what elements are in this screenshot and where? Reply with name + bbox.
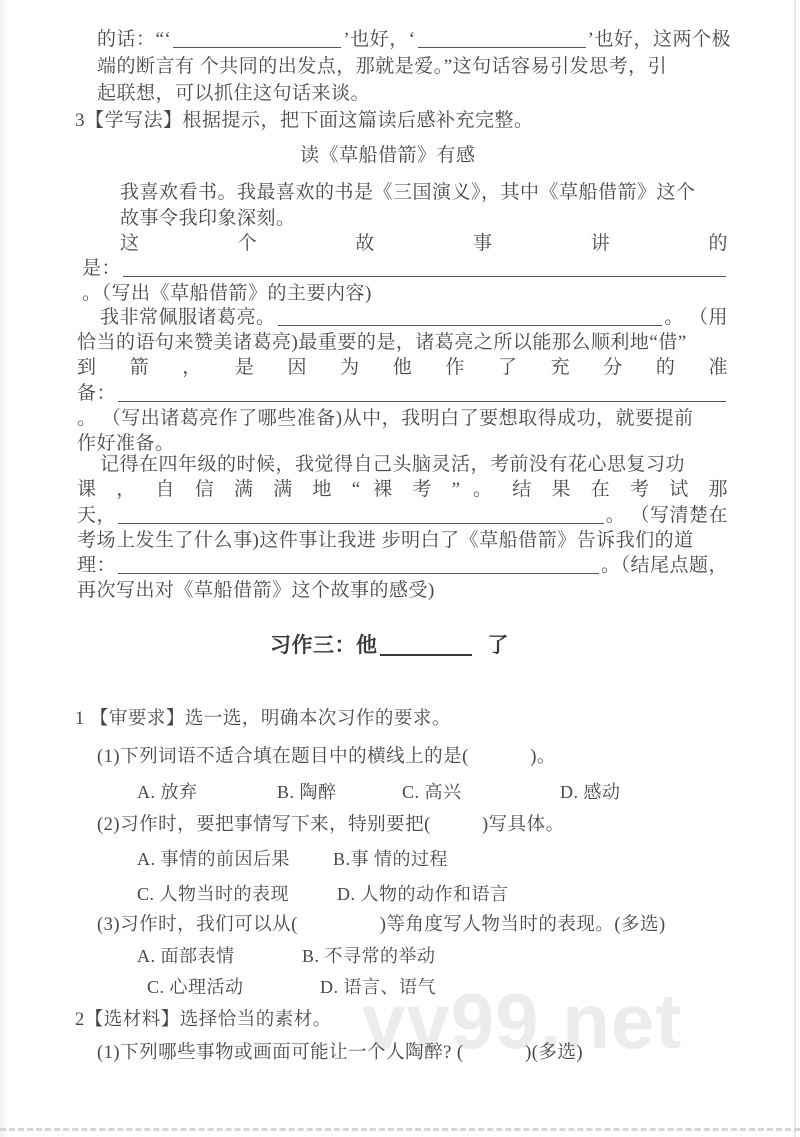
- question-2-stem: 2【选材料】选择恰当的素材。: [75, 1007, 332, 1033]
- essay-p3-line-4: 备：: [77, 381, 728, 407]
- question-2-sub-1: (1)下列哪些事物或画面可能让一个人陶醉? ( )(多选): [97, 1040, 583, 1066]
- intro-line-2: 端的断言有 个共同的出发点，那就是爱。”这句话容易引发思考，引: [97, 54, 667, 80]
- option-b: B.事 情的过程: [333, 846, 448, 872]
- answer-blank-line: [123, 275, 726, 277]
- page-left-edge: [0, 0, 8, 1137]
- option-a: A. 放弃: [137, 779, 198, 805]
- essay-p4-line-6: 再次写出对《草船借箭》这个故事的感受): [77, 578, 435, 604]
- question-1-sub-1: (1)下列词语不适合填在题目中的横线上的是( )。: [97, 744, 556, 770]
- essay-p4-line-5-suffix: 。（结尾点题，: [601, 553, 728, 579]
- intro-line-1-prefix: 的话：“‘: [97, 27, 171, 53]
- essay-p4-line-5-prefix: 理：: [77, 553, 116, 579]
- essay-p3-line-2: 恰当的语句来赞美诸葛亮)最重要的是，诸葛亮之所以能那么顺利地“借”: [77, 330, 687, 356]
- answer-blank-line: [418, 46, 586, 48]
- essay-p4-line-3-prefix: 天，: [77, 503, 116, 529]
- section-title-prefix: 习作三：他: [270, 632, 378, 660]
- page-right-edge: [794, 0, 796, 1137]
- intro-line-1-mid: ’也好，‘: [343, 27, 415, 53]
- essay-p3-line-5: 。 （写出诸葛亮作了哪些准备)从中，我明白了要想取得成功，就要提前: [77, 406, 694, 432]
- option-a: A. 面部表情: [137, 943, 235, 969]
- page-bottom-divider: [0, 1128, 800, 1131]
- essay-p3-line-1: 我非常佩服诸葛亮。 。 （用: [100, 305, 728, 331]
- answer-blank-line: [118, 572, 599, 574]
- essay-p1-line-1: 我喜欢看书。我最喜欢的书是《三国演义》，其中《草船借箭》这个: [120, 180, 696, 206]
- essay-p4-line-1: 记得在四年级的时候，我觉得自己头脑灵活，考前没有花心思复习功: [100, 452, 685, 478]
- essay-p3-line-1-suffix: 。 （用: [664, 305, 728, 331]
- essay-p4-line-5: 理： 。（结尾点题，: [77, 553, 728, 579]
- question-1-stem: 1 【审要求】选一选，明确本次习作的要求。: [75, 706, 451, 732]
- essay-p4-line-3: 天， 。 （写清楚在: [77, 503, 728, 529]
- answer-blank-line: [278, 324, 663, 326]
- title-blank-line: [380, 653, 472, 656]
- essay-p2-line-3: 。（写出《草船借箭》的主要内容): [82, 281, 372, 307]
- essay-p4-line-3-suffix: 。 （写清楚在: [606, 503, 728, 529]
- section-title: 习作三：他 了: [270, 632, 509, 660]
- answer-blank-line: [173, 46, 341, 48]
- essay-p2-line-2-label: 是：: [82, 256, 121, 282]
- question-1-sub-3: (3)习作时，我们可以从( )等角度写人物当时的表现。(多选): [97, 912, 666, 938]
- question-1-sub-2: (2)习作时，要把事情写下来，特别要把( )写具体。: [97, 812, 565, 838]
- essay-p4-line-4: 考场上发生了什么事)这件事让我进 步明白了《草船借箭》告诉我们的道: [77, 528, 694, 554]
- essay-p3-line-1-prefix: 我非常佩服诸葛亮。: [100, 305, 276, 331]
- worksheet-page: vv99.net 的话：“‘ ’也好，‘ ’也好，这两个极 端的断言有 个共同的…: [0, 0, 800, 1137]
- essay-p2-line-1: 这 个 故 事 讲 的: [120, 231, 728, 257]
- option-d: D. 感动: [560, 779, 621, 805]
- essay-p3-line-4-label: 备：: [77, 381, 116, 407]
- option-d: D. 语言、语气: [320, 974, 436, 1000]
- option-c: C. 心理活动: [147, 974, 244, 1000]
- essay-p1-line-2: 故事令我印象深刻。: [120, 206, 296, 232]
- section-title-suffix: 了: [488, 632, 510, 660]
- essay-title: 读《草船借箭》有感: [300, 143, 476, 169]
- option-c: C. 人物当时的表现: [137, 881, 289, 907]
- essay-p3-line-3: 到 箭 ， 是 因 为 他 作 了 充 分 的 准: [77, 355, 728, 381]
- task3-heading: 3【学写法】根据提示，把下面这篇读后感补充完整。: [75, 108, 534, 134]
- option-a: A. 事情的前因后果: [137, 846, 290, 872]
- essay-p2-line-2: 是：: [82, 256, 728, 282]
- option-d: D. 人物的动作和语言: [337, 881, 509, 907]
- intro-line-3: 起联想，可以抓住这句话来谈。: [97, 81, 370, 107]
- intro-line-1-suffix: ’也好，这两个极: [588, 27, 731, 53]
- answer-blank-line: [118, 400, 726, 402]
- essay-p4-line-2: 课 ， 自 信 满 满 地 “ 裸 考 ” 。 结 果 在 考 试 那: [77, 477, 728, 503]
- option-b: B. 不寻常的举动: [302, 943, 436, 969]
- option-b: B. 陶醉: [277, 779, 337, 805]
- option-c: C. 高兴: [402, 779, 462, 805]
- intro-line-1: 的话：“‘ ’也好，‘ ’也好，这两个极: [97, 27, 731, 53]
- answer-blank-line: [118, 522, 604, 524]
